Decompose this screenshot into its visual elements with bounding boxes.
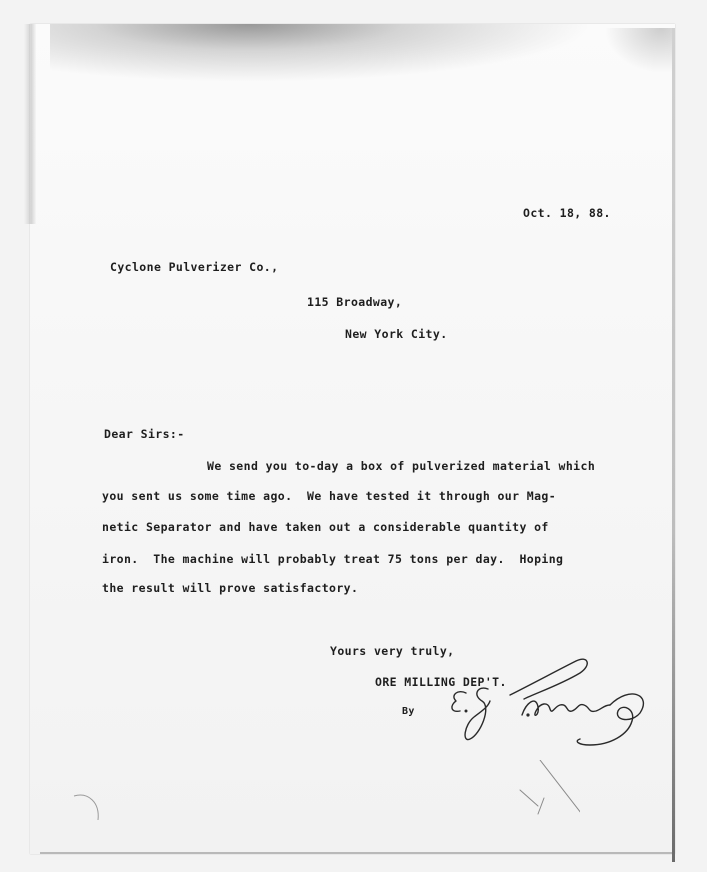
stray-pencil-curve bbox=[70, 790, 110, 830]
recipient-city: New York City. bbox=[345, 329, 448, 341]
closing: Yours very truly, bbox=[330, 646, 455, 658]
recipient-name: Cyclone Pulverizer Co., bbox=[110, 262, 278, 274]
paper-fold bbox=[24, 24, 36, 224]
handwritten-signature bbox=[440, 655, 660, 750]
paper-bottom-edge bbox=[40, 852, 672, 854]
letter-date: Oct. 18, 88. bbox=[523, 208, 611, 220]
salutation: Dear Sirs:- bbox=[104, 429, 185, 441]
stray-pencil-mark bbox=[500, 760, 580, 830]
scan-shadow-right bbox=[605, 28, 675, 78]
body-line: We send you to-day a box of pulverized m… bbox=[207, 461, 595, 473]
paper-right-edge bbox=[672, 28, 675, 862]
scan-shadow bbox=[50, 24, 670, 82]
body-line: the result will prove satisfactory. bbox=[102, 583, 358, 595]
document-scan: Oct. 18, 88. Cyclone Pulverizer Co., 115… bbox=[0, 0, 707, 872]
body-line: netic Separator and have taken out a con… bbox=[102, 522, 549, 534]
body-line: iron. The machine will probably treat 75… bbox=[102, 554, 563, 566]
by-label: By bbox=[402, 707, 415, 717]
recipient-street: 115 Broadway, bbox=[307, 297, 402, 309]
body-line: you sent us some time ago. We have teste… bbox=[102, 491, 556, 503]
